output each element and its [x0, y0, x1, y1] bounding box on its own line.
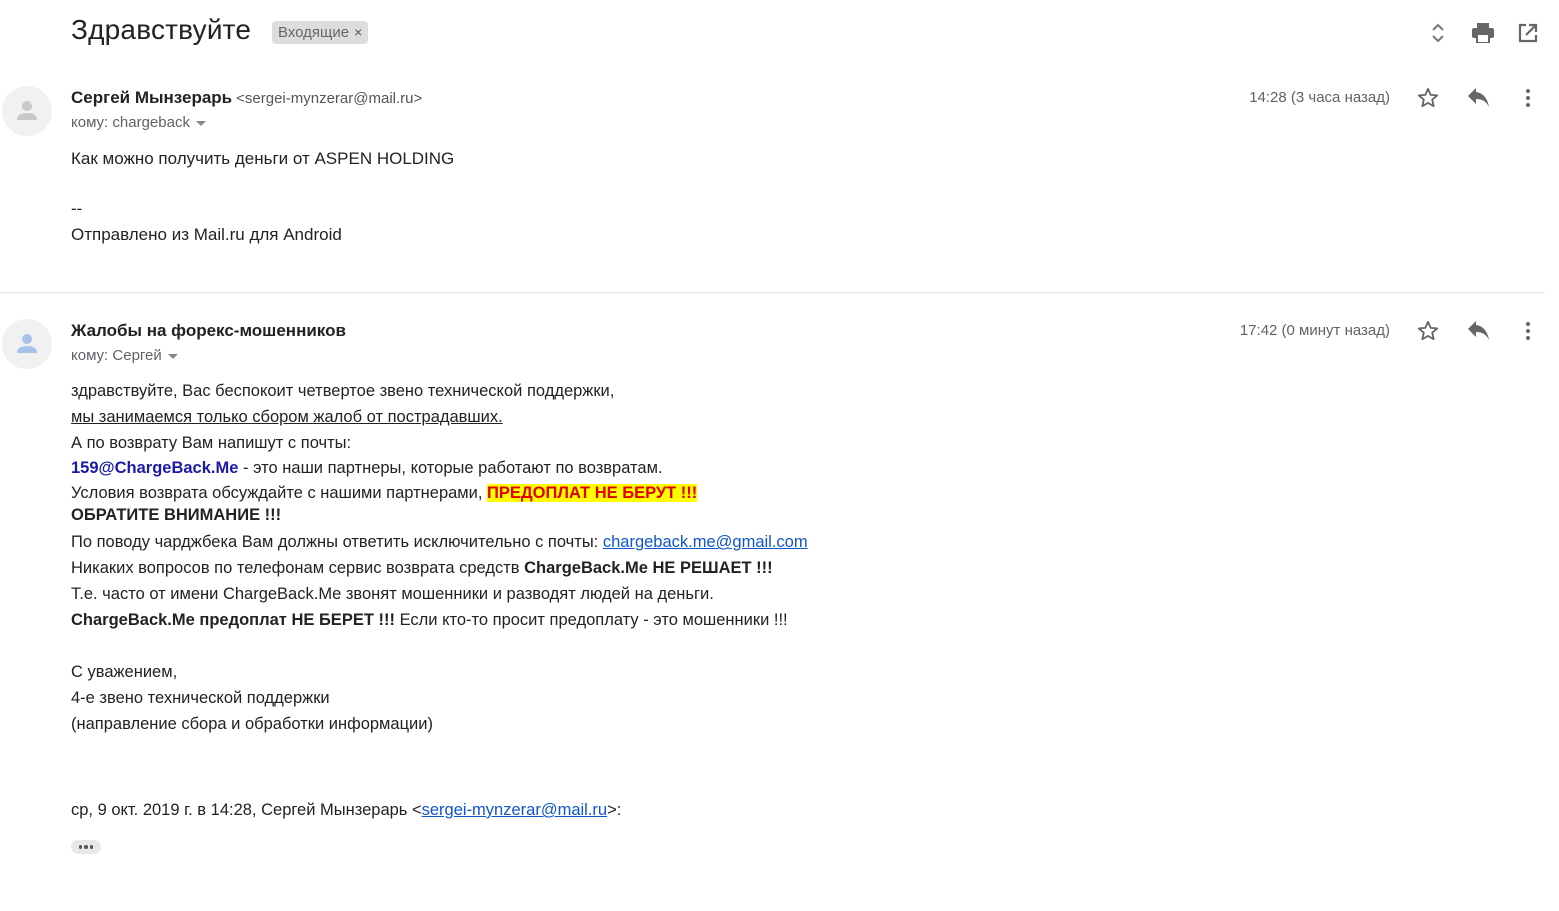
message-body-1: Как можно получить деньги от ASPEN HOLDI…: [71, 146, 454, 248]
show-trimmed-content-button[interactable]: [71, 840, 101, 854]
open-in-new-window-icon[interactable]: [1515, 20, 1541, 46]
body-line: Как можно получить деньги от ASPEN HOLDI…: [71, 146, 454, 172]
more-options-icon[interactable]: [1514, 317, 1542, 345]
message-time: 14:28 (3 часа назад): [1150, 89, 1390, 106]
recipient-line: кому: Сергей: [71, 347, 178, 364]
body-line: А по возврату Вам напишут с почты:: [71, 431, 1071, 457]
signature-line: 4-е звено технической поддержки: [71, 686, 1071, 712]
dot: [79, 845, 83, 849]
signature-line: (направление сбора и обработки информаци…: [71, 712, 1071, 738]
person-icon: [17, 333, 37, 355]
signature-line: С уважением,: [71, 660, 1071, 686]
body-line: Никаких вопросов по телефонам сервис воз…: [71, 556, 1071, 582]
label-chip-text: Входящие: [278, 21, 349, 44]
star-icon[interactable]: [1414, 317, 1442, 345]
print-icon[interactable]: [1470, 20, 1496, 46]
sender-avatar[interactable]: [2, 86, 52, 136]
expand-collapse-icon[interactable]: [1425, 20, 1451, 46]
quote-header: ср, 9 окт. 2019 г. в 14:28, Сергей Мынзе…: [71, 798, 621, 824]
sender-name[interactable]: Жалобы на форекс-мошенников: [71, 321, 346, 341]
more-options-icon[interactable]: [1514, 84, 1542, 112]
dot: [84, 845, 88, 849]
star-icon[interactable]: [1414, 84, 1442, 112]
body-line: Условия возврата обсуждайте с нашими пар…: [71, 482, 1071, 504]
sender-avatar[interactable]: [2, 319, 52, 369]
chargeback-email-link[interactable]: chargeback.me@gmail.com: [603, 533, 808, 551]
reply-icon[interactable]: [1464, 317, 1492, 345]
remove-label-icon[interactable]: ×: [354, 21, 362, 44]
show-details-caret-icon[interactable]: [196, 121, 206, 126]
dot: [90, 845, 94, 849]
signature-separator: --: [71, 196, 454, 222]
body-line: По поводу чарджбека Вам должны ответить …: [71, 530, 1071, 556]
body-line: 159@ChargeBack.Me - это наши партнеры, к…: [71, 456, 1071, 482]
show-details-caret-icon[interactable]: [168, 354, 178, 359]
reply-icon[interactable]: [1464, 84, 1492, 112]
sender-name[interactable]: Сергей Мынзерарь: [71, 88, 232, 107]
sender-line: Сергей Мынзерарь<sergei-mynzerar@mail.ru…: [71, 88, 422, 108]
signature-text: Отправлено из Mail.ru для Android: [71, 222, 454, 248]
body-line-underlined: мы занимаемся только сбором жалоб от пос…: [71, 405, 1071, 431]
thread-subject: Здравствуйте: [71, 14, 251, 46]
person-icon: [17, 100, 37, 122]
label-chip-inbox[interactable]: Входящие ×: [272, 21, 368, 44]
body-line-bold: ОБРАТИТЕ ВНИМАНИЕ !!!: [71, 504, 1071, 526]
recipient-text: кому: chargeback: [71, 114, 190, 131]
body-line: Т.е. часто от имени ChargeBack.Me звонят…: [71, 582, 1071, 608]
quoted-sender-email-link[interactable]: sergei-mynzerar@mail.ru: [422, 801, 607, 819]
body-line: здравствуйте, Вас беспокоит четвертое зв…: [71, 379, 1071, 405]
recipient-line: кому: chargeback: [71, 114, 206, 131]
recipient-text: кому: Сергей: [71, 347, 162, 364]
partner-email: 159@ChargeBack.Me: [71, 459, 238, 477]
body-line: ChargeBack.Me предоплат НЕ БЕРЕТ !!! Есл…: [71, 608, 1071, 634]
highlighted-warning: ПРЕДОПЛАТ НЕ БЕРУТ !!!: [487, 484, 697, 502]
message-time: 17:42 (0 минут назад): [1150, 322, 1390, 339]
message-body-2: здравствуйте, Вас беспокоит четвертое зв…: [71, 379, 1071, 738]
message-divider: [0, 292, 1545, 293]
sender-email: <sergei-mynzerar@mail.ru>: [236, 90, 422, 107]
